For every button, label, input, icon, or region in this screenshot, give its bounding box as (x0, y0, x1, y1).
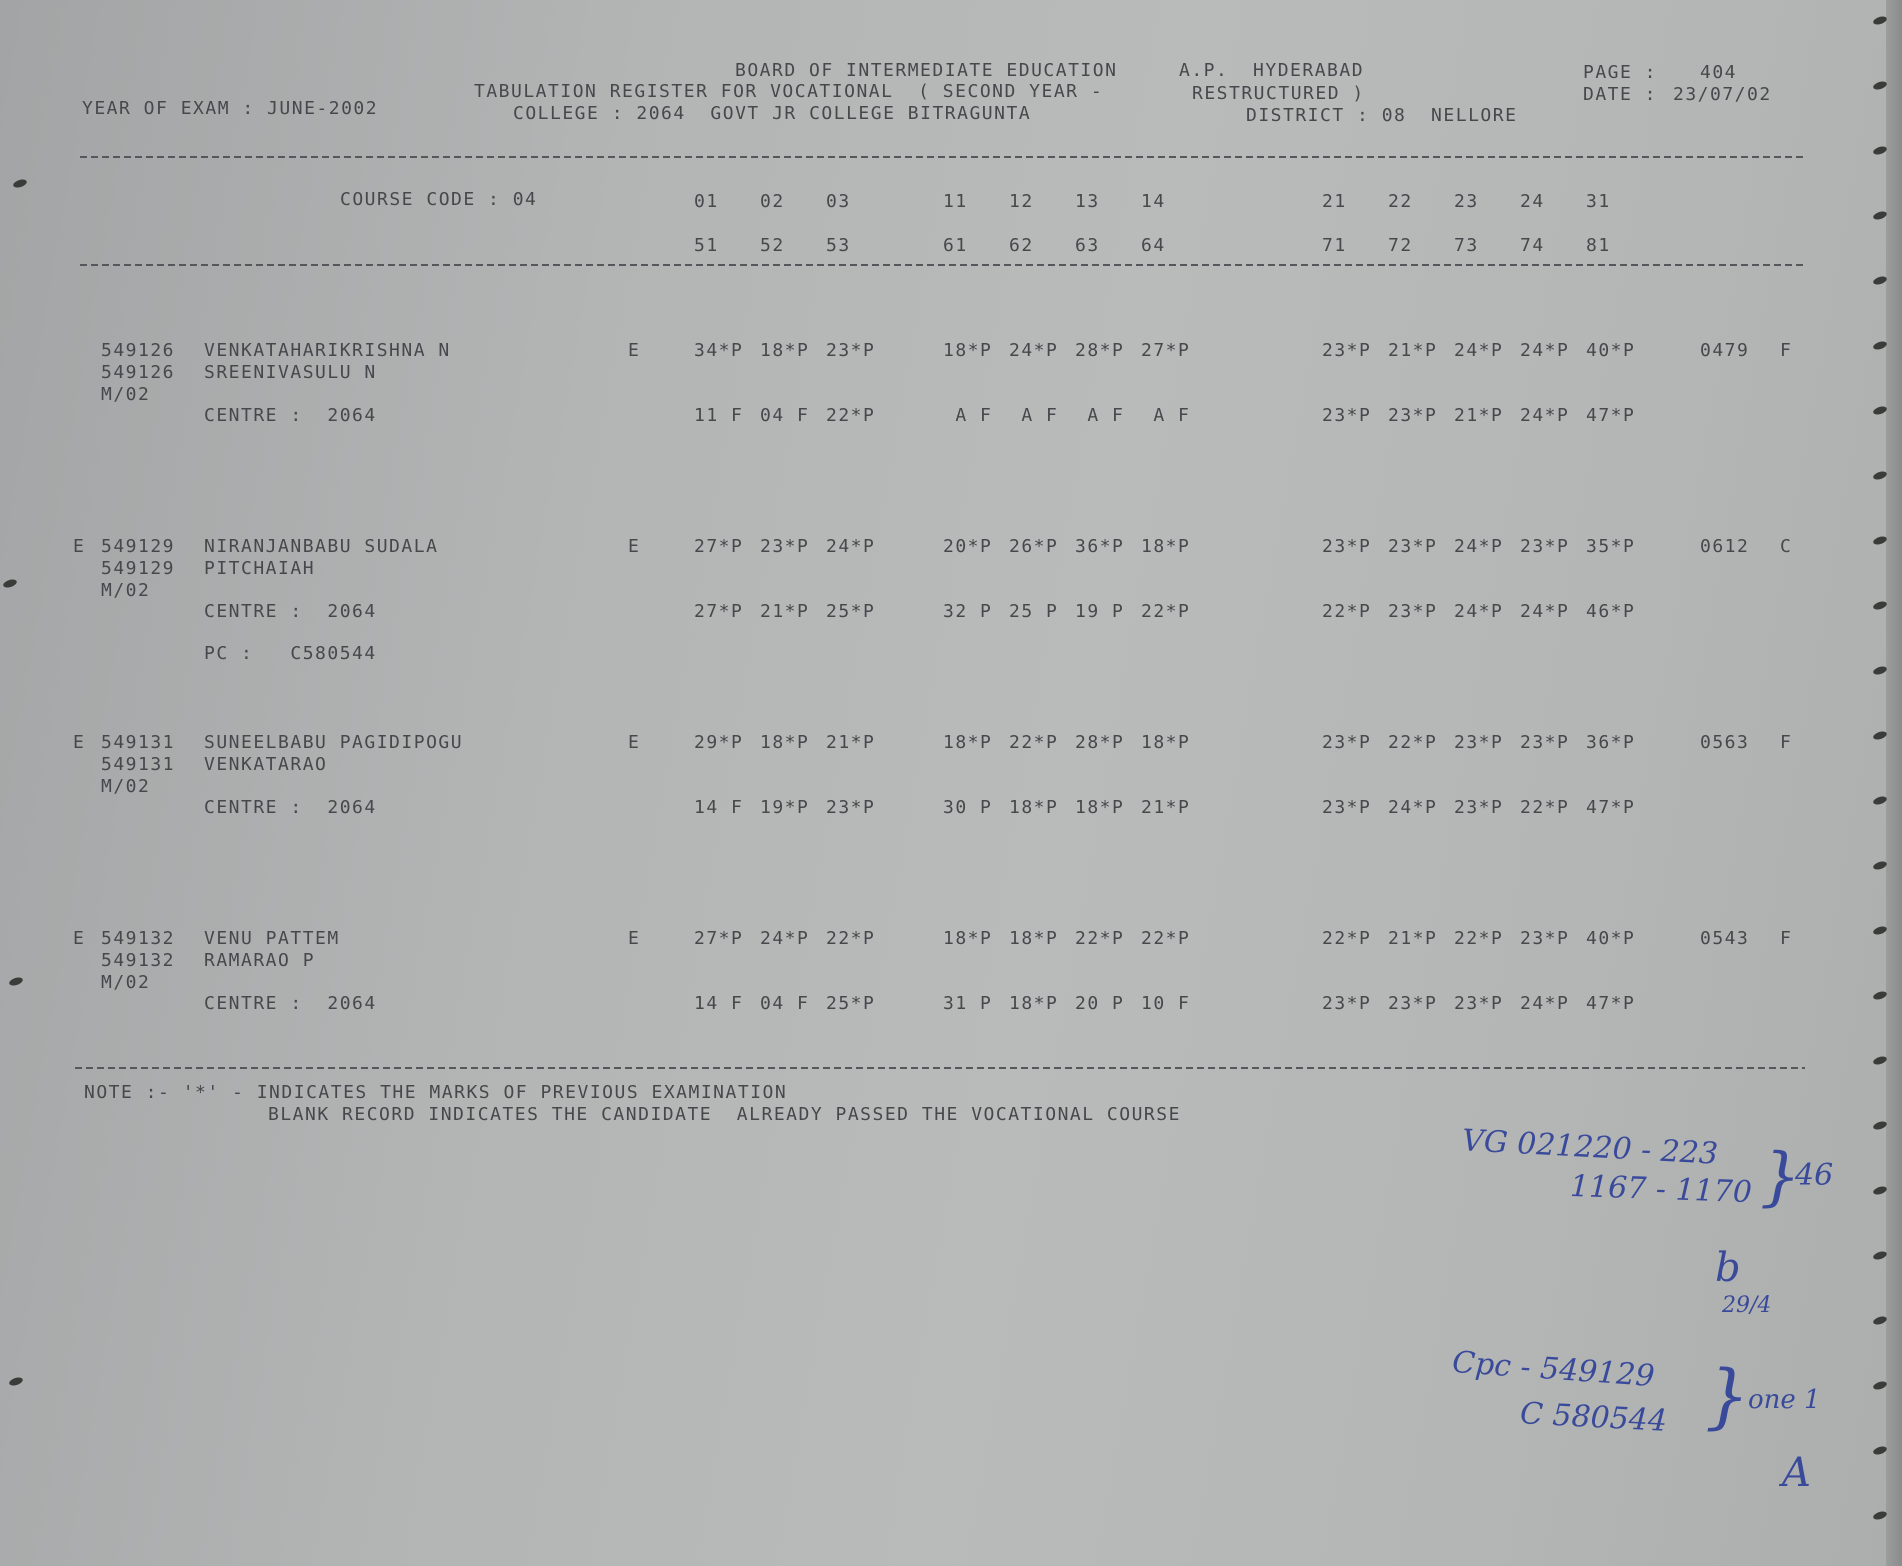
mark-cell: 23*P (826, 341, 875, 361)
mark-cell: 23*P (1520, 733, 1569, 753)
mark-cell: 28*P (1075, 341, 1124, 361)
mark-cell: 18*P (943, 733, 992, 753)
mark-cell: 23*P (1520, 929, 1569, 949)
subject-code: 64 (1141, 236, 1166, 256)
page-number: 404 (1700, 63, 1737, 83)
mark-cell: 23*P (1388, 994, 1437, 1014)
mark-cell: 46*P (1586, 602, 1635, 622)
mark-cell: 24*P (1454, 537, 1503, 557)
mark-cell: 04 F (760, 406, 809, 426)
subject-code: 14 (1141, 192, 1166, 212)
medium: E (628, 341, 640, 361)
feed-hole (8, 1376, 23, 1387)
mark-cell: 18*P (1141, 537, 1190, 557)
result-grade: C (1780, 537, 1792, 557)
handwritten-range-2: 1167 - 1170 (1569, 1169, 1752, 1210)
student-name: SUNEELBABU PAGIDIPOGU (204, 733, 463, 753)
total-marks: 0543 (1700, 929, 1749, 949)
subject-code: 11 (943, 192, 968, 212)
handwritten-count: 46 (1795, 1158, 1833, 1193)
register-title: TABULATION REGISTER FOR VOCATIONAL ( SEC… (474, 82, 1103, 102)
subject-code: 02 (760, 192, 785, 212)
subject-code: 51 (694, 236, 719, 256)
mark-cell: 23*P (1388, 406, 1437, 426)
mark-cell: 26*P (1009, 537, 1058, 557)
mark-cell: A F (1075, 406, 1124, 426)
register-number: 549129 (101, 537, 175, 557)
mark-cell: 31 P (943, 994, 992, 1014)
handwritten-count-2: one 1 (1748, 1385, 1821, 1415)
mark-cell: 32 P (943, 602, 992, 622)
mark-cell: 14 F (694, 994, 743, 1014)
exempt-flag: E (73, 537, 85, 557)
mark-cell: A F (1009, 406, 1058, 426)
brace-icon: } (1705, 1355, 1750, 1437)
mark-cell: 18*P (943, 341, 992, 361)
subject-code: 53 (826, 236, 851, 256)
mark-cell: 22*P (826, 406, 875, 426)
mark-cell: 40*P (1586, 929, 1635, 949)
mark-cell: 18*P (1075, 798, 1124, 818)
mark-cell: A F (943, 406, 992, 426)
mark-cell: 23*P (1388, 537, 1437, 557)
mark-cell: 27*P (694, 537, 743, 557)
college-info: COLLEGE : 2064 GOVT JR COLLEGE BITRAGUNT… (513, 104, 1031, 124)
mark-cell: 22*P (826, 929, 875, 949)
mark-cell: 28*P (1075, 733, 1124, 753)
subject-code: 22 (1388, 192, 1413, 212)
medium: E (628, 929, 640, 949)
subject-code: 81 (1586, 236, 1611, 256)
centre: CENTRE : 2064 (204, 406, 377, 426)
father-name: RAMARAO P (204, 951, 315, 971)
mark-cell: 27*P (1141, 341, 1190, 361)
mark-cell: 24*P (1520, 602, 1569, 622)
subject-code: 71 (1322, 236, 1347, 256)
register-number: 549126 (101, 341, 175, 361)
subject-code: 13 (1075, 192, 1100, 212)
mark-cell: 29*P (694, 733, 743, 753)
subject-code: 62 (1009, 236, 1034, 256)
exempt-flag: E (73, 929, 85, 949)
mark-cell: 18*P (1009, 798, 1058, 818)
subject-code: 73 (1454, 236, 1479, 256)
mark-cell: 21*P (826, 733, 875, 753)
mark-cell: 22*P (1075, 929, 1124, 949)
father-name: SREENIVASULU N (204, 363, 377, 383)
subject-code: 63 (1075, 236, 1100, 256)
register-number-2: 549131 (101, 755, 175, 775)
mark-cell: 21*P (1454, 406, 1503, 426)
handwritten-range-1: VG 021220 - 223 (1461, 1123, 1719, 1171)
medium: E (628, 733, 640, 753)
mark-cell: 22*P (1388, 733, 1437, 753)
mark-cell: 21*P (1388, 341, 1437, 361)
board-location: A.P. HYDERABAD (1179, 61, 1364, 81)
mark-cell: 34*P (694, 341, 743, 361)
handwritten-cpc-reg: Cpc - 549129 (1451, 1345, 1656, 1394)
mark-cell: 23*P (1520, 537, 1569, 557)
mark-cell: 23*P (1322, 994, 1371, 1014)
mark-cell: 23*P (826, 798, 875, 818)
mark-cell: 23*P (1454, 994, 1503, 1014)
total-marks: 0563 (1700, 733, 1749, 753)
centre: CENTRE : 2064 (204, 798, 377, 818)
total-marks: 0612 (1700, 537, 1749, 557)
mark-cell: 19 P (1075, 602, 1124, 622)
mark-cell: 22*P (1520, 798, 1569, 818)
signature-icon: b (1715, 1245, 1741, 1291)
mark-cell: 23*P (1322, 406, 1371, 426)
mark-cell: 22*P (1141, 929, 1190, 949)
mark-cell: 47*P (1586, 994, 1635, 1014)
mark-cell: 35*P (1586, 537, 1635, 557)
year-of-exam: YEAR OF EXAM : JUNE-2002 (82, 99, 378, 119)
pc-number: PC : C580544 (204, 644, 377, 664)
column-header-divider (80, 264, 1805, 266)
mark-cell: 22*P (1009, 733, 1058, 753)
handwritten-cpc-number: C 580544 (1519, 1396, 1668, 1439)
mark-cell: 23*P (1322, 537, 1371, 557)
district-info: DISTRICT : 08 NELLORE (1246, 106, 1517, 126)
mark-cell: 14 F (694, 798, 743, 818)
mark-cell: 18*P (943, 929, 992, 949)
mark-cell: 24*P (1388, 798, 1437, 818)
mark-cell: 27*P (694, 929, 743, 949)
mark-cell: 24*P (826, 537, 875, 557)
exempt-flag: E (73, 733, 85, 753)
page-label: PAGE : (1583, 63, 1657, 83)
mark-cell: 40*P (1586, 341, 1635, 361)
mark-cell: 23*P (1454, 733, 1503, 753)
mark-cell: 24*P (760, 929, 809, 949)
course-code: COURSE CODE : 04 (340, 190, 537, 210)
result-grade: F (1780, 733, 1792, 753)
feed-hole (8, 976, 23, 987)
print-date: 23/07/02 (1673, 85, 1772, 105)
session: M/02 (101, 777, 150, 797)
mark-cell: 30 P (943, 798, 992, 818)
mark-cell: 23*P (1388, 602, 1437, 622)
mark-cell: 18*P (760, 733, 809, 753)
mark-cell: 20 P (1075, 994, 1124, 1014)
total-marks: 0479 (1700, 341, 1749, 361)
paper-edge (1886, 0, 1902, 1566)
subject-code: 01 (694, 192, 719, 212)
mark-cell: 11 F (694, 406, 743, 426)
mark-cell: 22*P (1322, 929, 1371, 949)
subject-code: 24 (1520, 192, 1545, 212)
mark-cell: 25*P (826, 602, 875, 622)
father-name: VENKATARAO (204, 755, 327, 775)
subject-code: 12 (1009, 192, 1034, 212)
mark-cell: 23*P (1322, 341, 1371, 361)
register-number: 549132 (101, 929, 175, 949)
mark-cell: 25*P (826, 994, 875, 1014)
mark-cell: 18*P (760, 341, 809, 361)
subject-code: 72 (1388, 236, 1413, 256)
mark-cell: 24*P (1454, 602, 1503, 622)
header-divider (80, 156, 1805, 158)
mark-cell: 04 F (760, 994, 809, 1014)
subject-code: 61 (943, 236, 968, 256)
session: M/02 (101, 581, 150, 601)
mark-cell: 27*P (694, 602, 743, 622)
mark-cell: 21*P (1388, 929, 1437, 949)
mark-cell: 21*P (760, 602, 809, 622)
mark-cell: 47*P (1586, 798, 1635, 818)
mark-cell: 24*P (1520, 341, 1569, 361)
mark-cell: 24*P (1520, 994, 1569, 1014)
footer-divider (75, 1067, 1805, 1069)
session: M/02 (101, 973, 150, 993)
restructured-label: RESTRUCTURED ) (1192, 84, 1365, 104)
student-name: VENU PATTEM (204, 929, 340, 949)
tabulation-register-sheet: BOARD OF INTERMEDIATE EDUCATION A.P. HYD… (0, 0, 1902, 1566)
mark-cell: 23*P (760, 537, 809, 557)
mark-cell: 22*P (1322, 602, 1371, 622)
register-number-2: 549132 (101, 951, 175, 971)
feed-hole (2, 578, 17, 589)
handwritten-initial-date: 29/4 (1722, 1293, 1771, 1318)
mark-cell: 18*P (1009, 929, 1058, 949)
mark-cell: 36*P (1586, 733, 1635, 753)
mark-cell: 36*P (1075, 537, 1124, 557)
mark-cell: 24*P (1520, 406, 1569, 426)
result-grade: F (1780, 929, 1792, 949)
mark-cell: 19*P (760, 798, 809, 818)
mark-cell: A F (1141, 406, 1190, 426)
mark-cell: 22*P (1141, 602, 1190, 622)
mark-cell: 23*P (1322, 798, 1371, 818)
student-name: NIRANJANBABU SUDALA (204, 537, 438, 557)
centre: CENTRE : 2064 (204, 602, 377, 622)
mark-cell: 22*P (1454, 929, 1503, 949)
mark-cell: 24*P (1454, 341, 1503, 361)
medium: E (628, 537, 640, 557)
mark-cell: 23*P (1454, 798, 1503, 818)
mark-cell: 23*P (1322, 733, 1371, 753)
student-name: VENKATAHARIKRISHNA N (204, 341, 451, 361)
mark-cell: 24*P (1009, 341, 1058, 361)
board-title: BOARD OF INTERMEDIATE EDUCATION (735, 61, 1117, 81)
signature-icon: A (1782, 1450, 1811, 1496)
mark-cell: 47*P (1586, 406, 1635, 426)
note-line-1: NOTE :- '*' - INDICATES THE MARKS OF PRE… (84, 1083, 787, 1103)
subject-code: 31 (1586, 192, 1611, 212)
mark-cell: 18*P (1009, 994, 1058, 1014)
register-number-2: 549129 (101, 559, 175, 579)
feed-hole (12, 178, 27, 189)
mark-cell: 18*P (1141, 733, 1190, 753)
father-name: PITCHAIAH (204, 559, 315, 579)
session: M/02 (101, 385, 150, 405)
register-number: 549131 (101, 733, 175, 753)
mark-cell: 20*P (943, 537, 992, 557)
subject-code: 23 (1454, 192, 1479, 212)
note-line-2: BLANK RECORD INDICATES THE CANDIDATE ALR… (268, 1105, 1181, 1125)
mark-cell: 25 P (1009, 602, 1058, 622)
mark-cell: 10 F (1141, 994, 1190, 1014)
register-number-2: 549126 (101, 363, 175, 383)
subject-code: 03 (826, 192, 851, 212)
centre: CENTRE : 2064 (204, 994, 377, 1014)
subject-code: 52 (760, 236, 785, 256)
date-label: DATE : (1583, 85, 1657, 105)
subject-code: 21 (1322, 192, 1347, 212)
result-grade: F (1780, 341, 1792, 361)
subject-code: 74 (1520, 236, 1545, 256)
mark-cell: 21*P (1141, 798, 1190, 818)
